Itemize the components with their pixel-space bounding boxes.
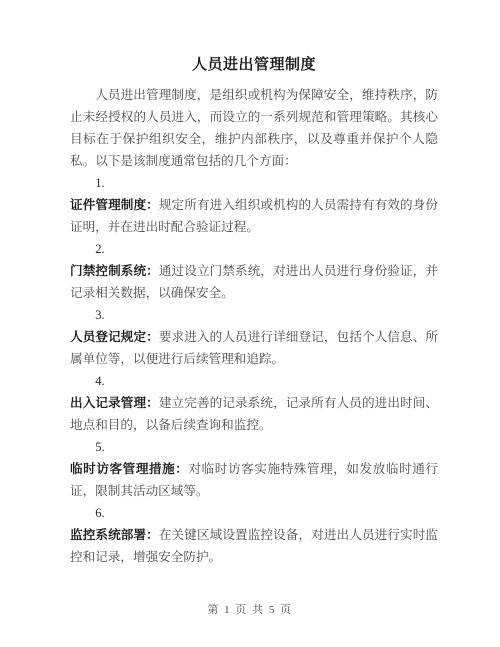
item-paragraph: 监控系统部署：在关键区域设置监控设备，对进出人员进行实时监控和记录，增强安全防护… [70,524,438,568]
document-content: 人员进出管理制度 人员进出管理制度，是组织或机构为保障安全，维持秩序，防止未经授… [0,0,500,568]
item-number: 5. [70,436,438,458]
item-number: 6. [70,502,438,524]
item-paragraph: 门禁控制系统：通过设立门禁系统，对进出人员进行身份验证，并记录相关数据，以确保安… [70,260,438,304]
item-paragraph: 人员登记规定：要求进入的人员进行详细登记，包括个人信息、所属单位等，以便进行后续… [70,326,438,370]
item-number: 3. [70,304,438,326]
item-paragraph: 临时访客管理措施：对临时访客实施特殊管理，如发放临时通行证，限制其活动区域等。 [70,458,438,502]
item-heading: 门禁控制系统： [70,264,159,278]
document-page: 人员进出管理制度 人员进出管理制度，是组织或机构为保障安全，维持秩序，防止未经授… [0,0,500,647]
page-number-footer: 第 1 页 共 5 页 [0,599,500,621]
item-number: 2. [70,238,438,260]
page-title: 人员进出管理制度 [70,54,438,76]
item-heading: 人员登记规定： [70,330,159,344]
item-heading: 临时访客管理措施： [70,462,188,476]
item-number: 1. [70,172,438,194]
item-heading: 证件管理制度： [70,198,159,212]
item-heading: 监控系统部署： [70,528,159,542]
item-paragraph: 出入记录管理：建立完善的记录系统，记录所有人员的进出时间、地点和目的，以备后续查… [70,392,438,436]
item-number: 4. [70,370,438,392]
item-heading: 出入记录管理： [70,396,159,410]
intro-paragraph: 人员进出管理制度，是组织或机构为保障安全，维持秩序，防止未经授权的人员进入，而设… [70,84,438,172]
item-paragraph: 证件管理制度：规定所有进入组织或机构的人员需持有有效的身份证明，并在进出时配合验… [70,194,438,238]
